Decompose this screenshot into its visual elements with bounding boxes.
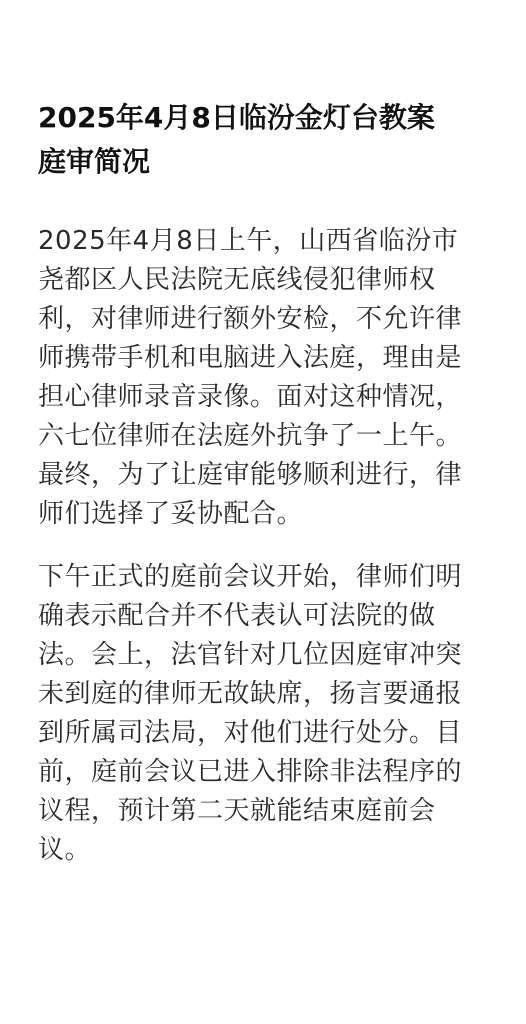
text-line: 2025年4月8日上午，山西省临汾市: [38, 222, 490, 261]
text-line: 师们选择了妥协配合。: [38, 495, 490, 534]
article: 2025年4月8日临汾金灯台教案 庭审简况 2025年4月8日上午，山西省临汾市…: [38, 96, 490, 870]
text-line: 担心律师录音录像。面对这种情况，: [38, 378, 490, 417]
text-line: 确表示配合并不代表认可法院的做: [38, 597, 490, 636]
text-line: 到所属司法局，对他们进行处分。目: [38, 714, 490, 753]
text-line: 师携带手机和电脑进入法庭，理由是: [38, 339, 490, 378]
text-line: 利，对律师进行额外安检，不允许律: [38, 300, 490, 339]
text-line: 未到庭的律师无故缺席，扬言要通报: [38, 675, 490, 714]
article-title: 2025年4月8日临汾金灯台教案 庭审简况: [38, 96, 490, 184]
text-line: 六七位律师在法庭外抗争了一上午。: [38, 417, 490, 456]
text-line: 议程，预计第二天就能结束庭前会: [38, 792, 490, 831]
text-line: 法。会上，法官针对几位因庭审冲突: [38, 636, 490, 675]
text-line: 议。: [38, 831, 490, 870]
title-line: 庭审简况: [38, 140, 490, 184]
text-line: 最终，为了让庭审能够顺利进行，律: [38, 456, 490, 495]
paragraph-morning: 2025年4月8日上午，山西省临汾市 尧都区人民法院无底线侵犯律师权 利，对律师…: [38, 222, 490, 534]
paragraph-afternoon: 下午正式的庭前会议开始，律师们明 确表示配合并不代表认可法院的做 法。会上，法官…: [38, 558, 490, 870]
text-line: 尧都区人民法院无底线侵犯律师权: [38, 261, 490, 300]
text-line: 下午正式的庭前会议开始，律师们明: [38, 558, 490, 597]
title-line: 2025年4月8日临汾金灯台教案: [38, 96, 490, 140]
text-line: 前，庭前会议已进入排除非法程序的: [38, 753, 490, 792]
